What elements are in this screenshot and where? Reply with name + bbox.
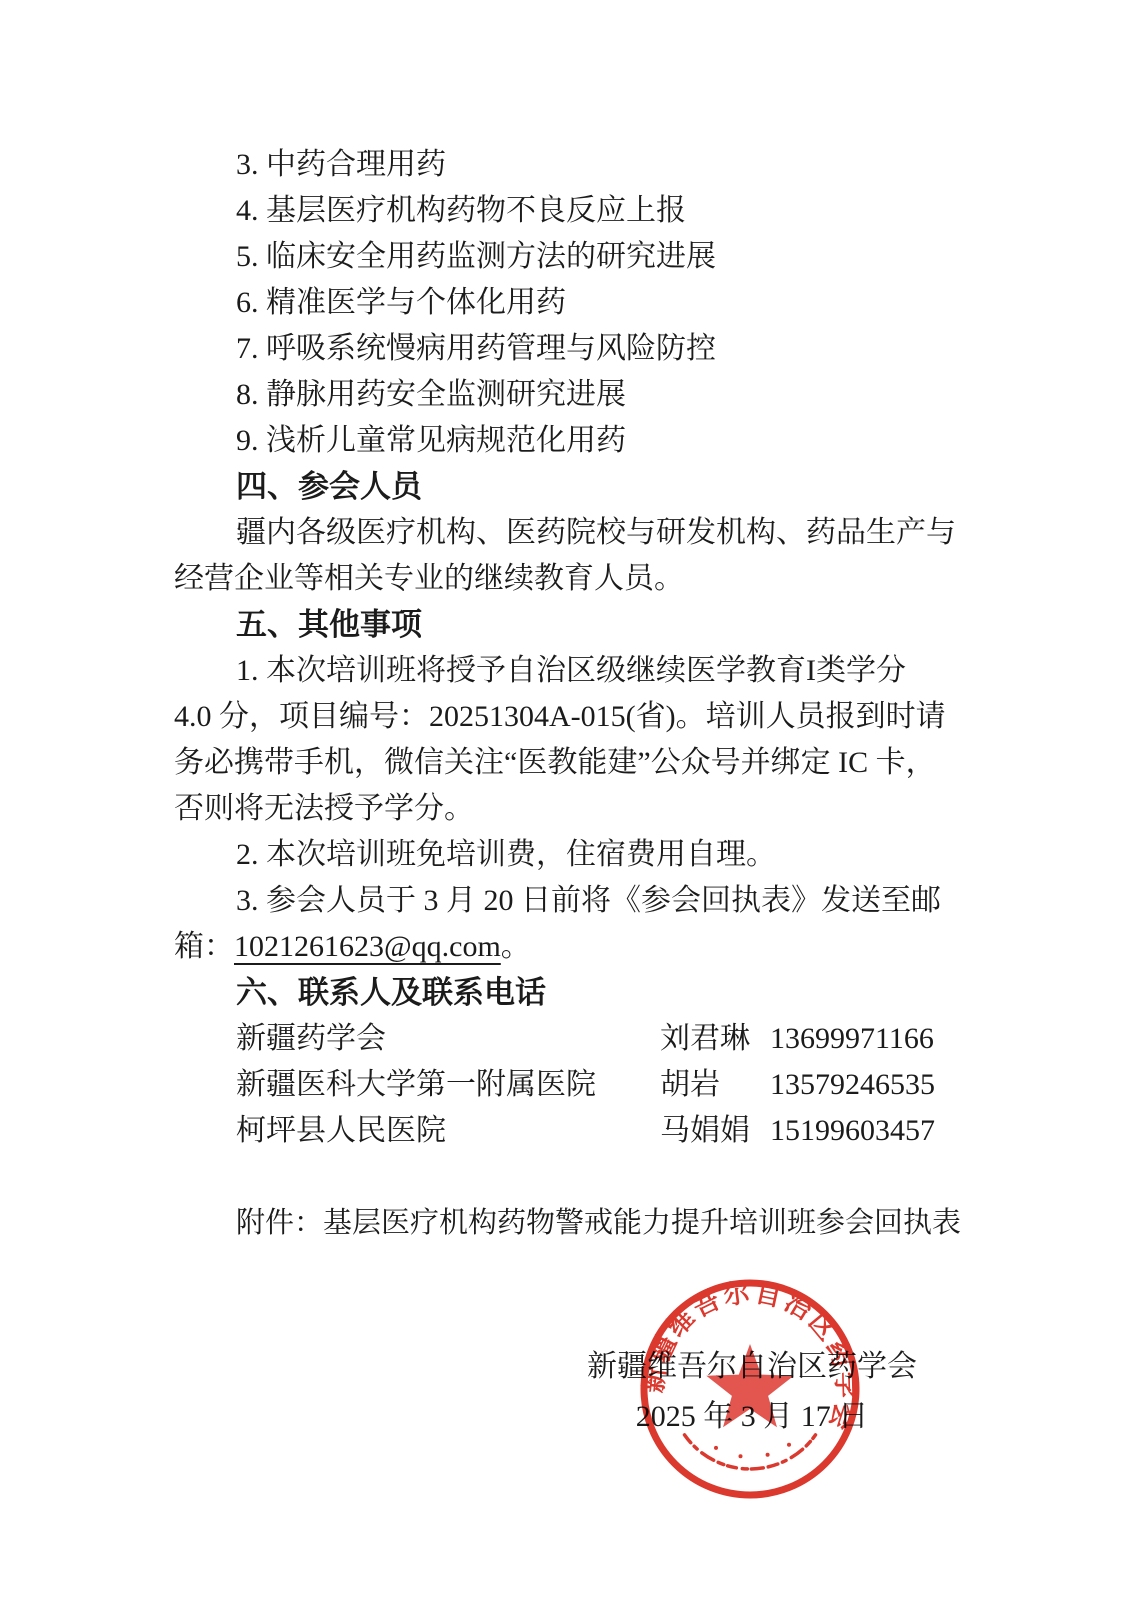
spacer <box>174 1154 974 1200</box>
topic-item: 7. 呼吸系统慢病用药管理与风险防控 <box>174 326 974 372</box>
topic-item: 3. 中药合理用药 <box>174 142 974 188</box>
section-heading-attendees: 四、参会人员 <box>174 464 974 510</box>
seal-uyghur-script <box>685 1435 816 1469</box>
other-item1-line: 4.0 分，项目编号：20251304A-015(省)。培训人员报到时请 <box>174 694 974 740</box>
attachment-line: 附件：基层医疗机构药物警戒能力提升培训班参会回执表 <box>174 1200 974 1246</box>
contact-org: 新疆医科大学第一附属医院 <box>236 1068 596 1101</box>
topic-item: 6. 精准医学与个体化用药 <box>174 280 974 326</box>
contact-org: 新疆药学会 <box>236 1022 386 1055</box>
sentence-end: 。 <box>501 930 531 963</box>
contact-name: 马娟娟 <box>660 1108 750 1154</box>
attendees-line: 疆内各级医疗机构、医药院校与研发机构、药品生产与 <box>174 510 974 556</box>
contact-phone: 13699971166 <box>770 1016 934 1062</box>
other-item3-line: 箱：1021261623@qq.com。 <box>174 924 974 970</box>
mailbox-label: 箱： <box>174 930 234 963</box>
official-seal: 新疆维吾尔自治区药学会 <box>632 1271 868 1507</box>
other-item1-line: 务必携带手机，微信关注“医教能建”公众号并绑定 IC 卡， <box>174 740 974 786</box>
section-heading-contacts: 六、联系人及联系电话 <box>174 970 974 1016</box>
section-heading-other: 五、其他事项 <box>174 602 974 648</box>
topic-item: 5. 临床安全用药监测方法的研究进展 <box>174 234 974 280</box>
contact-row: 新疆药学会 刘君琳 13699971166 <box>174 1016 974 1062</box>
contact-row: 柯坪县人民医院 马娟娟 15199603457 <box>174 1108 974 1154</box>
contact-phone: 15199603457 <box>770 1108 935 1154</box>
document-page: 3. 中药合理用药 4. 基层医疗机构药物不良反应上报 5. 临床安全用药监测方… <box>0 0 1130 1600</box>
other-item1-line: 否则将无法授予学分。 <box>174 786 974 832</box>
topic-item: 8. 静脉用药安全监测研究进展 <box>174 372 974 418</box>
contact-name: 刘君琳 <box>660 1016 750 1062</box>
other-item2-line: 2. 本次培训班免培训费，住宿费用自理。 <box>174 832 974 878</box>
other-item3-line: 3. 参会人员于 3 月 20 日前将《参会回执表》发送至邮 <box>174 878 974 924</box>
contact-phone: 13579246535 <box>770 1062 935 1108</box>
contact-name: 胡岩 <box>660 1062 720 1108</box>
contact-org: 柯坪县人民医院 <box>236 1114 446 1147</box>
seal-star-icon <box>706 1344 794 1427</box>
topic-item: 4. 基层医疗机构药物不良反应上报 <box>174 188 974 234</box>
other-item1-line: 1. 本次培训班将授予自治区级继续医学教育I类学分 <box>174 648 974 694</box>
attendees-line: 经营企业等相关专业的继续教育人员。 <box>174 556 974 602</box>
topic-item: 9. 浅析儿童常见病规范化用药 <box>174 418 974 464</box>
contact-row: 新疆医科大学第一附属医院 胡岩 13579246535 <box>174 1062 974 1108</box>
document-body: 3. 中药合理用药 4. 基层医疗机构药物不良反应上报 5. 临床安全用药监测方… <box>174 142 974 1246</box>
email-link[interactable]: 1021261623@qq.com <box>234 930 501 963</box>
